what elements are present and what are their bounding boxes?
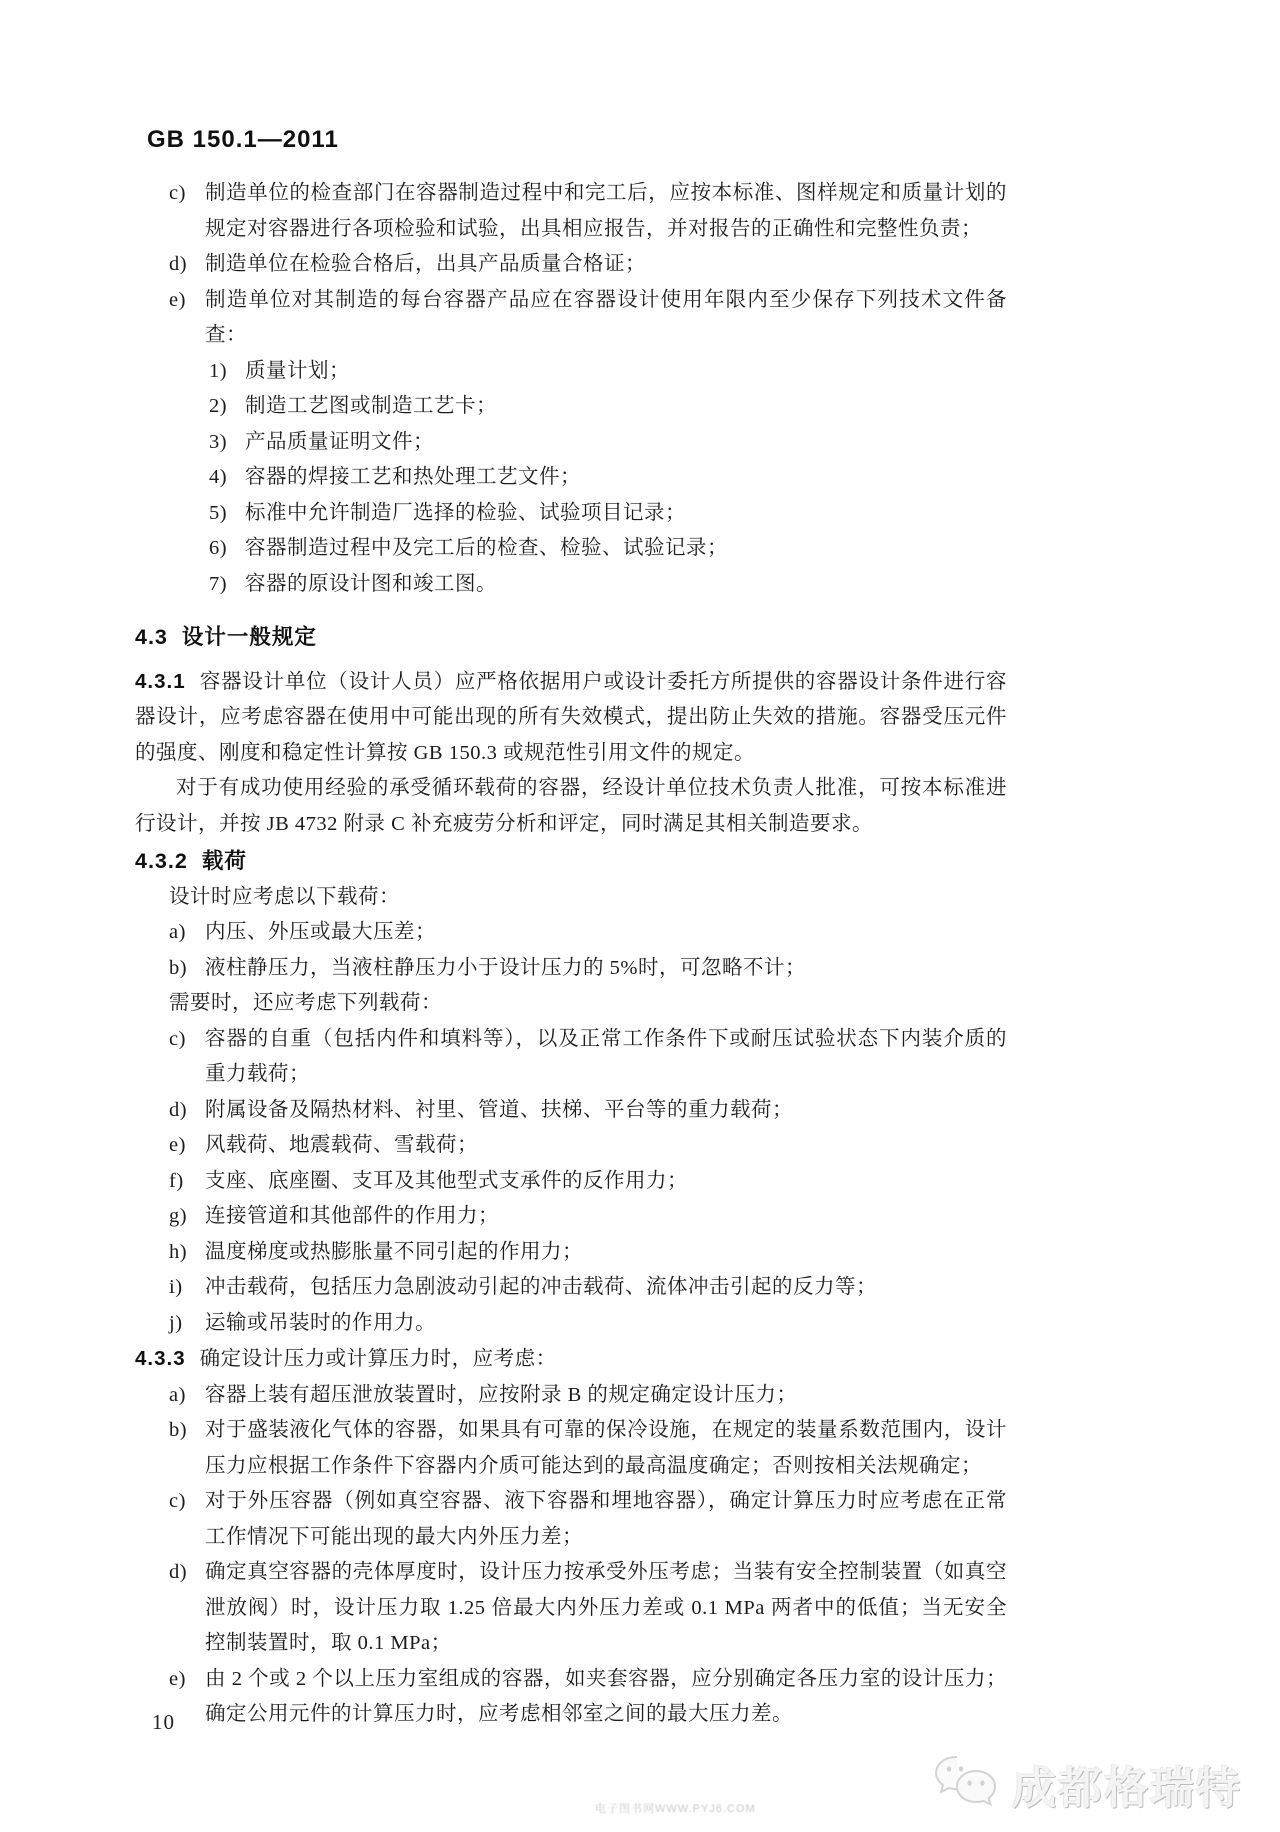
list-item-text: 温度梯度或热膨胀量不同引起的作用力； bbox=[205, 1235, 1007, 1271]
list-item-text: 容器上装有超压泄放装置时，应按附录 B 的规定确定设计压力； bbox=[205, 1378, 1007, 1414]
list-item-label: 6) bbox=[209, 531, 245, 567]
list-item: 6) 容器制造过程中及完工后的检查、检验、试验记录； bbox=[209, 531, 1007, 567]
list-item-label: i) bbox=[169, 1270, 205, 1306]
document-page: GB 150.1—2011 c) 制造单位的检查部门在容器制造过程中和完工后，应… bbox=[0, 0, 1280, 1832]
list-item-label: c) bbox=[169, 176, 205, 212]
list-item: 1) 质量计划； bbox=[209, 354, 1007, 390]
list-item: e) 由 2 个或 2 个以上压力室组成的容器，如夹套容器，应分别确定各压力室的… bbox=[169, 1662, 1007, 1733]
list-intro: 需要时，还应考虑下列载荷： bbox=[169, 986, 1007, 1022]
brand-watermark: 成都格瑞特 bbox=[932, 1752, 1242, 1816]
list-item-label: 4) bbox=[209, 460, 245, 496]
list-item: j) 运输或吊装时的作用力。 bbox=[169, 1306, 1007, 1342]
list-item-label: h) bbox=[169, 1235, 205, 1271]
list-item: c) 容器的自重（包括内件和填料等），以及正常工作条件下或耐压试验状态下内装介质… bbox=[169, 1022, 1007, 1093]
list-item: b) 液柱静压力，当液柱静压力小于设计压力的 5%时，可忽略不计； bbox=[169, 951, 1007, 987]
list-item-label: 5) bbox=[209, 496, 245, 532]
list-item: e) 风载荷、地震载荷、雪载荷； bbox=[169, 1128, 1007, 1164]
list-item-text: 由 2 个或 2 个以上压力室组成的容器，如夹套容器，应分别确定各压力室的设计压… bbox=[205, 1662, 1007, 1733]
section-title: 载荷 bbox=[202, 849, 247, 873]
list-item-label: e) bbox=[169, 283, 205, 319]
list-item: d) 附属设备及隔热材料、衬里、管道、扶梯、平台等的重力载荷； bbox=[169, 1093, 1007, 1129]
paragraph-4-3-1-continued: 对于有成功使用经验的承受循环载荷的容器，经设计单位技术负责人批准，可按本标准进行… bbox=[135, 771, 1007, 842]
list-item: a) 内压、外压或最大压差； bbox=[169, 915, 1007, 951]
list-item-text: 容器的自重（包括内件和填料等），以及正常工作条件下或耐压试验状态下内装介质的重力… bbox=[205, 1022, 1007, 1093]
section-heading-4-3: 4.3设计一般规定 bbox=[135, 620, 1007, 656]
list-item-text: 制造单位对其制造的每台容器产品应在容器设计使用年限内至少保存下列技术文件备查： bbox=[205, 283, 1007, 354]
page-number: 10 bbox=[152, 1710, 175, 1735]
list-item: e) 制造单位对其制造的每台容器产品应在容器设计使用年限内至少保存下列技术文件备… bbox=[169, 283, 1007, 354]
list-item-label: a) bbox=[169, 1378, 205, 1414]
paragraph-4-3-1: 4.3.1容器设计单位（设计人员）应严格依据用户或设计委托方所提供的容器设计条件… bbox=[135, 664, 1007, 772]
list-item-label: d) bbox=[169, 247, 205, 283]
list-item-text: 容器的原设计图和竣工图。 bbox=[245, 567, 1007, 603]
list-item-text: 制造单位的检查部门在容器制造过程中和完工后，应按本标准、图样规定和质量计划的规定… bbox=[205, 176, 1007, 247]
list-item-label: 7) bbox=[209, 567, 245, 603]
list-item-label: c) bbox=[169, 1484, 205, 1520]
list-item-label: b) bbox=[169, 1413, 205, 1449]
brand-watermark-text: 成都格瑞特 bbox=[1012, 1752, 1242, 1816]
list-item: d) 制造单位在检验合格后，出具产品质量合格证； bbox=[169, 247, 1007, 283]
list-item-text: 液柱静压力，当液柱静压力小于设计压力的 5%时，可忽略不计； bbox=[205, 951, 1007, 987]
section-heading-4-3-2: 4.3.2载荷 bbox=[135, 844, 1007, 880]
section-title: 设计一般规定 bbox=[182, 625, 317, 649]
list-item: h) 温度梯度或热膨胀量不同引起的作用力； bbox=[169, 1235, 1007, 1271]
wechat-icon bbox=[932, 1753, 998, 1816]
list-item: g) 连接管道和其他部件的作用力； bbox=[169, 1199, 1007, 1235]
list-item-text: 附属设备及隔热材料、衬里、管道、扶梯、平台等的重力载荷； bbox=[205, 1093, 1007, 1129]
list-item-label: d) bbox=[169, 1555, 205, 1591]
paragraph-text: 容器设计单位（设计人员）应严格依据用户或设计委托方所提供的容器设计条件进行容器设… bbox=[135, 671, 1007, 764]
list-item-label: e) bbox=[169, 1128, 205, 1164]
list-item-label: d) bbox=[169, 1093, 205, 1129]
list-item-text: 确定真空容器的壳体厚度时，设计压力按承受外压考虑；当装有安全控制装置（如真空泄放… bbox=[205, 1555, 1007, 1662]
section-heading-4-3-3: 4.3.3确定设计压力或计算压力时，应考虑： bbox=[135, 1341, 1007, 1378]
list-item-label: 3) bbox=[209, 425, 245, 461]
list-item-label: 2) bbox=[209, 389, 245, 425]
list-item-text: 风载荷、地震载荷、雪载荷； bbox=[205, 1128, 1007, 1164]
list-item-text: 对于盛装液化气体的容器，如果具有可靠的保冷设施，在规定的装量系数范围内，设计压力… bbox=[205, 1413, 1007, 1484]
document-header-standard-number: GB 150.1—2011 bbox=[147, 126, 339, 154]
list-item-label: c) bbox=[169, 1022, 205, 1058]
list-item: 2) 制造工艺图或制造工艺卡； bbox=[209, 389, 1007, 425]
list-intro: 设计时应考虑以下载荷： bbox=[169, 880, 1007, 916]
list-item-label: f) bbox=[169, 1164, 205, 1200]
source-watermark-text: 电子图书网WWW.PYJ6.COM bbox=[595, 1800, 756, 1816]
section-number: 4.3.2 bbox=[135, 849, 188, 873]
list-item: 5) 标准中允许制造厂选择的检验、试验项目记录； bbox=[209, 496, 1007, 532]
list-item-text: 质量计划； bbox=[245, 354, 1007, 390]
list-item-label: j) bbox=[169, 1306, 205, 1342]
list-item-text: 支座、底座圈、支耳及其他型式支承件的反作用力； bbox=[205, 1164, 1007, 1200]
list-item-label: b) bbox=[169, 951, 205, 987]
list-item: b) 对于盛装液化气体的容器，如果具有可靠的保冷设施，在规定的装量系数范围内，设… bbox=[169, 1413, 1007, 1484]
list-item-label: a) bbox=[169, 915, 205, 951]
list-item: 4) 容器的焊接工艺和热处理工艺文件； bbox=[209, 460, 1007, 496]
list-item-text: 制造单位在检验合格后，出具产品质量合格证； bbox=[205, 247, 1007, 283]
list-item: 7) 容器的原设计图和竣工图。 bbox=[209, 567, 1007, 603]
section-number: 4.3.3 bbox=[135, 1347, 186, 1370]
list-item: c) 制造单位的检查部门在容器制造过程中和完工后，应按本标准、图样规定和质量计划… bbox=[169, 176, 1007, 247]
list-item-text: 运输或吊装时的作用力。 bbox=[205, 1306, 1007, 1342]
list-item-label: g) bbox=[169, 1199, 205, 1235]
list-item-text: 容器的焊接工艺和热处理工艺文件； bbox=[245, 460, 1007, 496]
section-title: 确定设计压力或计算压力时，应考虑： bbox=[200, 1348, 557, 1370]
section-number: 4.3.1 bbox=[135, 670, 186, 693]
section-number: 4.3 bbox=[135, 625, 168, 649]
list-item-text: 制造工艺图或制造工艺卡； bbox=[245, 389, 1007, 425]
list-item: c) 对于外压容器（例如真空容器、液下容器和埋地容器），确定计算压力时应考虑在正… bbox=[169, 1484, 1007, 1555]
list-item-label: e) bbox=[169, 1662, 205, 1698]
list-item: f) 支座、底座圈、支耳及其他型式支承件的反作用力； bbox=[169, 1164, 1007, 1200]
list-item-text: 冲击载荷，包括压力急剧波动引起的冲击载荷、流体冲击引起的反力等； bbox=[205, 1270, 1007, 1306]
list-item-text: 对于外压容器（例如真空容器、液下容器和埋地容器），确定计算压力时应考虑在正常工作… bbox=[205, 1484, 1007, 1555]
list-item: d) 确定真空容器的壳体厚度时，设计压力按承受外压考虑；当装有安全控制装置（如真… bbox=[169, 1555, 1007, 1662]
list-item-text: 内压、外压或最大压差； bbox=[205, 915, 1007, 951]
list-item: i) 冲击载荷，包括压力急剧波动引起的冲击载荷、流体冲击引起的反力等； bbox=[169, 1270, 1007, 1306]
list-item: 3) 产品质量证明文件； bbox=[209, 425, 1007, 461]
list-item-label: 1) bbox=[209, 354, 245, 390]
document-body: c) 制造单位的检查部门在容器制造过程中和完工后，应按本标准、图样规定和质量计划… bbox=[135, 176, 1007, 1733]
list-item-text: 产品质量证明文件； bbox=[245, 425, 1007, 461]
list-item: a) 容器上装有超压泄放装置时，应按附录 B 的规定确定设计压力； bbox=[169, 1378, 1007, 1414]
list-item-text: 标准中允许制造厂选择的检验、试验项目记录； bbox=[245, 496, 1007, 532]
list-item-text: 容器制造过程中及完工后的检查、检验、试验记录； bbox=[245, 531, 1007, 567]
list-item-text: 连接管道和其他部件的作用力； bbox=[205, 1199, 1007, 1235]
